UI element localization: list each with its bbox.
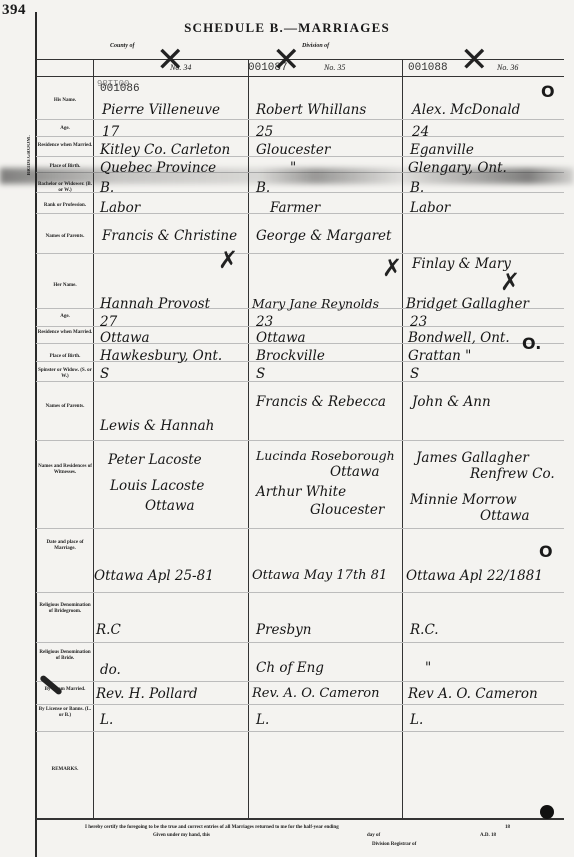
groom-age: 24 xyxy=(412,124,429,140)
witness-residence: Ottawa xyxy=(480,508,530,524)
witness: Louis Lacoste xyxy=(110,478,204,494)
check-mark-icon: ✗ xyxy=(382,254,402,282)
bridegroom-sidebar-label: BRIDEGROOM. xyxy=(27,135,32,175)
label-her-birthplace: Place of Birth. xyxy=(37,354,93,360)
license-banns: L. xyxy=(256,712,269,728)
groom-status: B. xyxy=(100,180,114,196)
given-under-hand-text: Given under my hand, this xyxy=(153,833,210,838)
groom-name: Alex. McDonald xyxy=(412,102,520,118)
groom-age: 25 xyxy=(256,124,273,140)
certification-year: 18 xyxy=(505,825,510,830)
groom-birthplace: Glengary, Ont. xyxy=(408,160,507,176)
witness-residence: Renfrew Co. xyxy=(470,466,555,482)
groom-status: B. xyxy=(256,180,270,196)
label-spinster: Spinster or Widow. (S. or W.) xyxy=(37,368,93,380)
row-rule xyxy=(36,731,564,732)
groom-name: Pierre Villeneuve xyxy=(102,102,220,118)
table-bottom-rule xyxy=(36,818,564,820)
circle-mark: O xyxy=(539,542,553,561)
groom-residence: Gloucester xyxy=(256,142,330,158)
religion-bride: do. xyxy=(100,662,121,678)
witness: James Gallagher xyxy=(416,450,529,466)
row-rule xyxy=(36,642,564,643)
label-remarks: REMARKS. xyxy=(37,767,93,773)
married-by: Rev. H. Pollard xyxy=(96,686,198,702)
column-2-number: No. 35 xyxy=(324,63,345,72)
label-her-age: Age. xyxy=(37,314,93,320)
bride-name: Bridget Gallagher xyxy=(406,296,529,312)
label-her-name: Her Name. xyxy=(37,283,93,289)
license-banns: L. xyxy=(410,712,423,728)
bride-age: 23 xyxy=(256,314,273,330)
row-rule xyxy=(36,681,564,682)
groom-profession: Farmer xyxy=(270,200,320,216)
bride-residence: Ottawa xyxy=(100,330,150,346)
division-registrar-text: Division Registrar of xyxy=(372,842,416,847)
certification-text: I hereby certify the foregoing to be the… xyxy=(85,825,339,830)
marriage-date-place: Ottawa Apl 25-81 xyxy=(94,568,214,584)
circle-mark: O xyxy=(541,82,555,101)
religion-bride: Ch of Eng xyxy=(256,660,324,676)
groom-name: Robert Whillans xyxy=(256,102,366,118)
bride-status: S xyxy=(100,366,109,382)
groom-birthplace: Quebec Province xyxy=(100,160,216,176)
bride-parents: John & Ann xyxy=(412,394,491,410)
marriage-date-place: Ottawa May 17th 81 xyxy=(252,568,387,583)
bride-residence: Ottawa xyxy=(256,330,306,346)
license-banns: L. xyxy=(100,712,113,728)
page-title: SCHEDULE B.—MARRIAGES xyxy=(0,20,574,36)
groom-residence: Kitley Co. Carleton xyxy=(100,142,230,158)
bride-residence: Bondwell, Ont. xyxy=(408,330,510,346)
label-her-residence: Residence when Married. xyxy=(37,330,93,336)
label-parents: Names of Parents. xyxy=(37,234,93,240)
label-birthplace: Place of Birth. xyxy=(37,164,93,170)
bride-age: 23 xyxy=(410,314,427,330)
bride-birthplace: Brockville xyxy=(256,348,325,364)
bride-parents: Francis & Rebecca xyxy=(256,394,386,410)
married-by: Rev A. O. Cameron xyxy=(408,686,538,702)
religion-groom: R.C. xyxy=(410,622,439,638)
religion-groom: Presbyn xyxy=(256,622,311,638)
row-rule xyxy=(36,592,564,593)
label-license: By License or Banns. (L. or B.) xyxy=(37,707,93,719)
bride-parents: Lewis & Hannah xyxy=(100,418,214,434)
row-rule xyxy=(36,253,564,254)
label-religion-bride: Religious Denomination of Bride. xyxy=(37,650,93,662)
groom-profession: Labor xyxy=(100,200,140,216)
label-her-parents: Names of Parents. xyxy=(37,404,93,410)
ad-text: A.D. 18 xyxy=(480,833,496,838)
bride-name: Hannah Provost xyxy=(100,296,210,312)
bride-status: S xyxy=(410,366,419,382)
witness: Lucinda Roseborough xyxy=(256,448,395,463)
groom-parents: Francis & Christine xyxy=(102,228,237,244)
day-of-text: day of xyxy=(367,833,380,838)
ink-dot xyxy=(540,805,554,819)
witness-residence: Ottawa xyxy=(145,498,195,514)
marriage-date-place: Ottawa Apl 22/1881 xyxy=(406,568,543,584)
groom-birthplace: " xyxy=(290,160,296,176)
groom-residence: Eganville xyxy=(410,142,474,158)
cross-mark-icon: ✕ xyxy=(272,40,301,80)
row-rule xyxy=(36,192,564,193)
division-label: Division of xyxy=(302,43,329,49)
groom-age: 17 xyxy=(102,124,119,140)
religion-groom: R.C xyxy=(96,622,121,638)
married-by: Rev. A. O. Cameron xyxy=(252,686,380,701)
column-1-stamp: 001086 xyxy=(100,83,140,95)
row-rule xyxy=(36,440,564,441)
circle-mark: O. xyxy=(522,334,541,353)
label-rank: Rank or Profession. xyxy=(37,203,93,209)
bride-status: S xyxy=(256,366,265,382)
row-rule xyxy=(36,381,564,382)
label-bachelor: Bachelor or Widower. (B. or W.) xyxy=(37,182,93,194)
cross-mark-icon: ✕ xyxy=(156,40,185,80)
cross-mark-icon: ✕ xyxy=(460,40,489,80)
label-witnesses: Names and Residences of Witnesses. xyxy=(37,464,93,476)
witness: Peter Lacoste xyxy=(108,452,202,468)
label-his-name: His Name. xyxy=(37,98,93,104)
label-residence: Residence when Married. xyxy=(37,143,93,149)
row-rule xyxy=(36,119,564,120)
label-religion-groom: Religious Denomination of Bridegroom. xyxy=(37,603,93,615)
bride-birthplace: Grattan " xyxy=(408,348,471,364)
witness-residence: Gloucester xyxy=(310,502,384,518)
row-rule xyxy=(36,528,564,529)
check-mark-icon: ✗ xyxy=(500,268,520,296)
row-rule xyxy=(36,704,564,705)
witness-residence: Ottawa xyxy=(330,464,380,480)
groom-status: B. xyxy=(410,180,424,196)
column-3-stamp: 001088 xyxy=(408,62,448,74)
witness: Arthur White xyxy=(256,484,346,500)
bride-name: Mary Jane Reynolds xyxy=(252,296,379,311)
column-3-number: No. 36 xyxy=(497,63,518,72)
check-mark-icon: ✗ xyxy=(218,246,238,274)
groom-profession: Labor xyxy=(410,200,450,216)
county-label: County of xyxy=(110,43,135,49)
label-date: Date and place of Marriage. xyxy=(37,540,93,552)
label-by-whom: By whom Married. xyxy=(37,687,93,693)
page-number: 394 xyxy=(2,2,26,19)
label-age: Age. xyxy=(37,126,93,132)
bride-birthplace: Hawkesbury, Ont. xyxy=(100,348,222,364)
religion-bride: " xyxy=(425,660,431,676)
bride-age: 27 xyxy=(100,314,117,330)
witness: Minnie Morrow xyxy=(410,492,517,508)
groom-parents: Finlay & Mary xyxy=(412,256,511,272)
groom-parents: George & Margaret xyxy=(256,228,391,244)
